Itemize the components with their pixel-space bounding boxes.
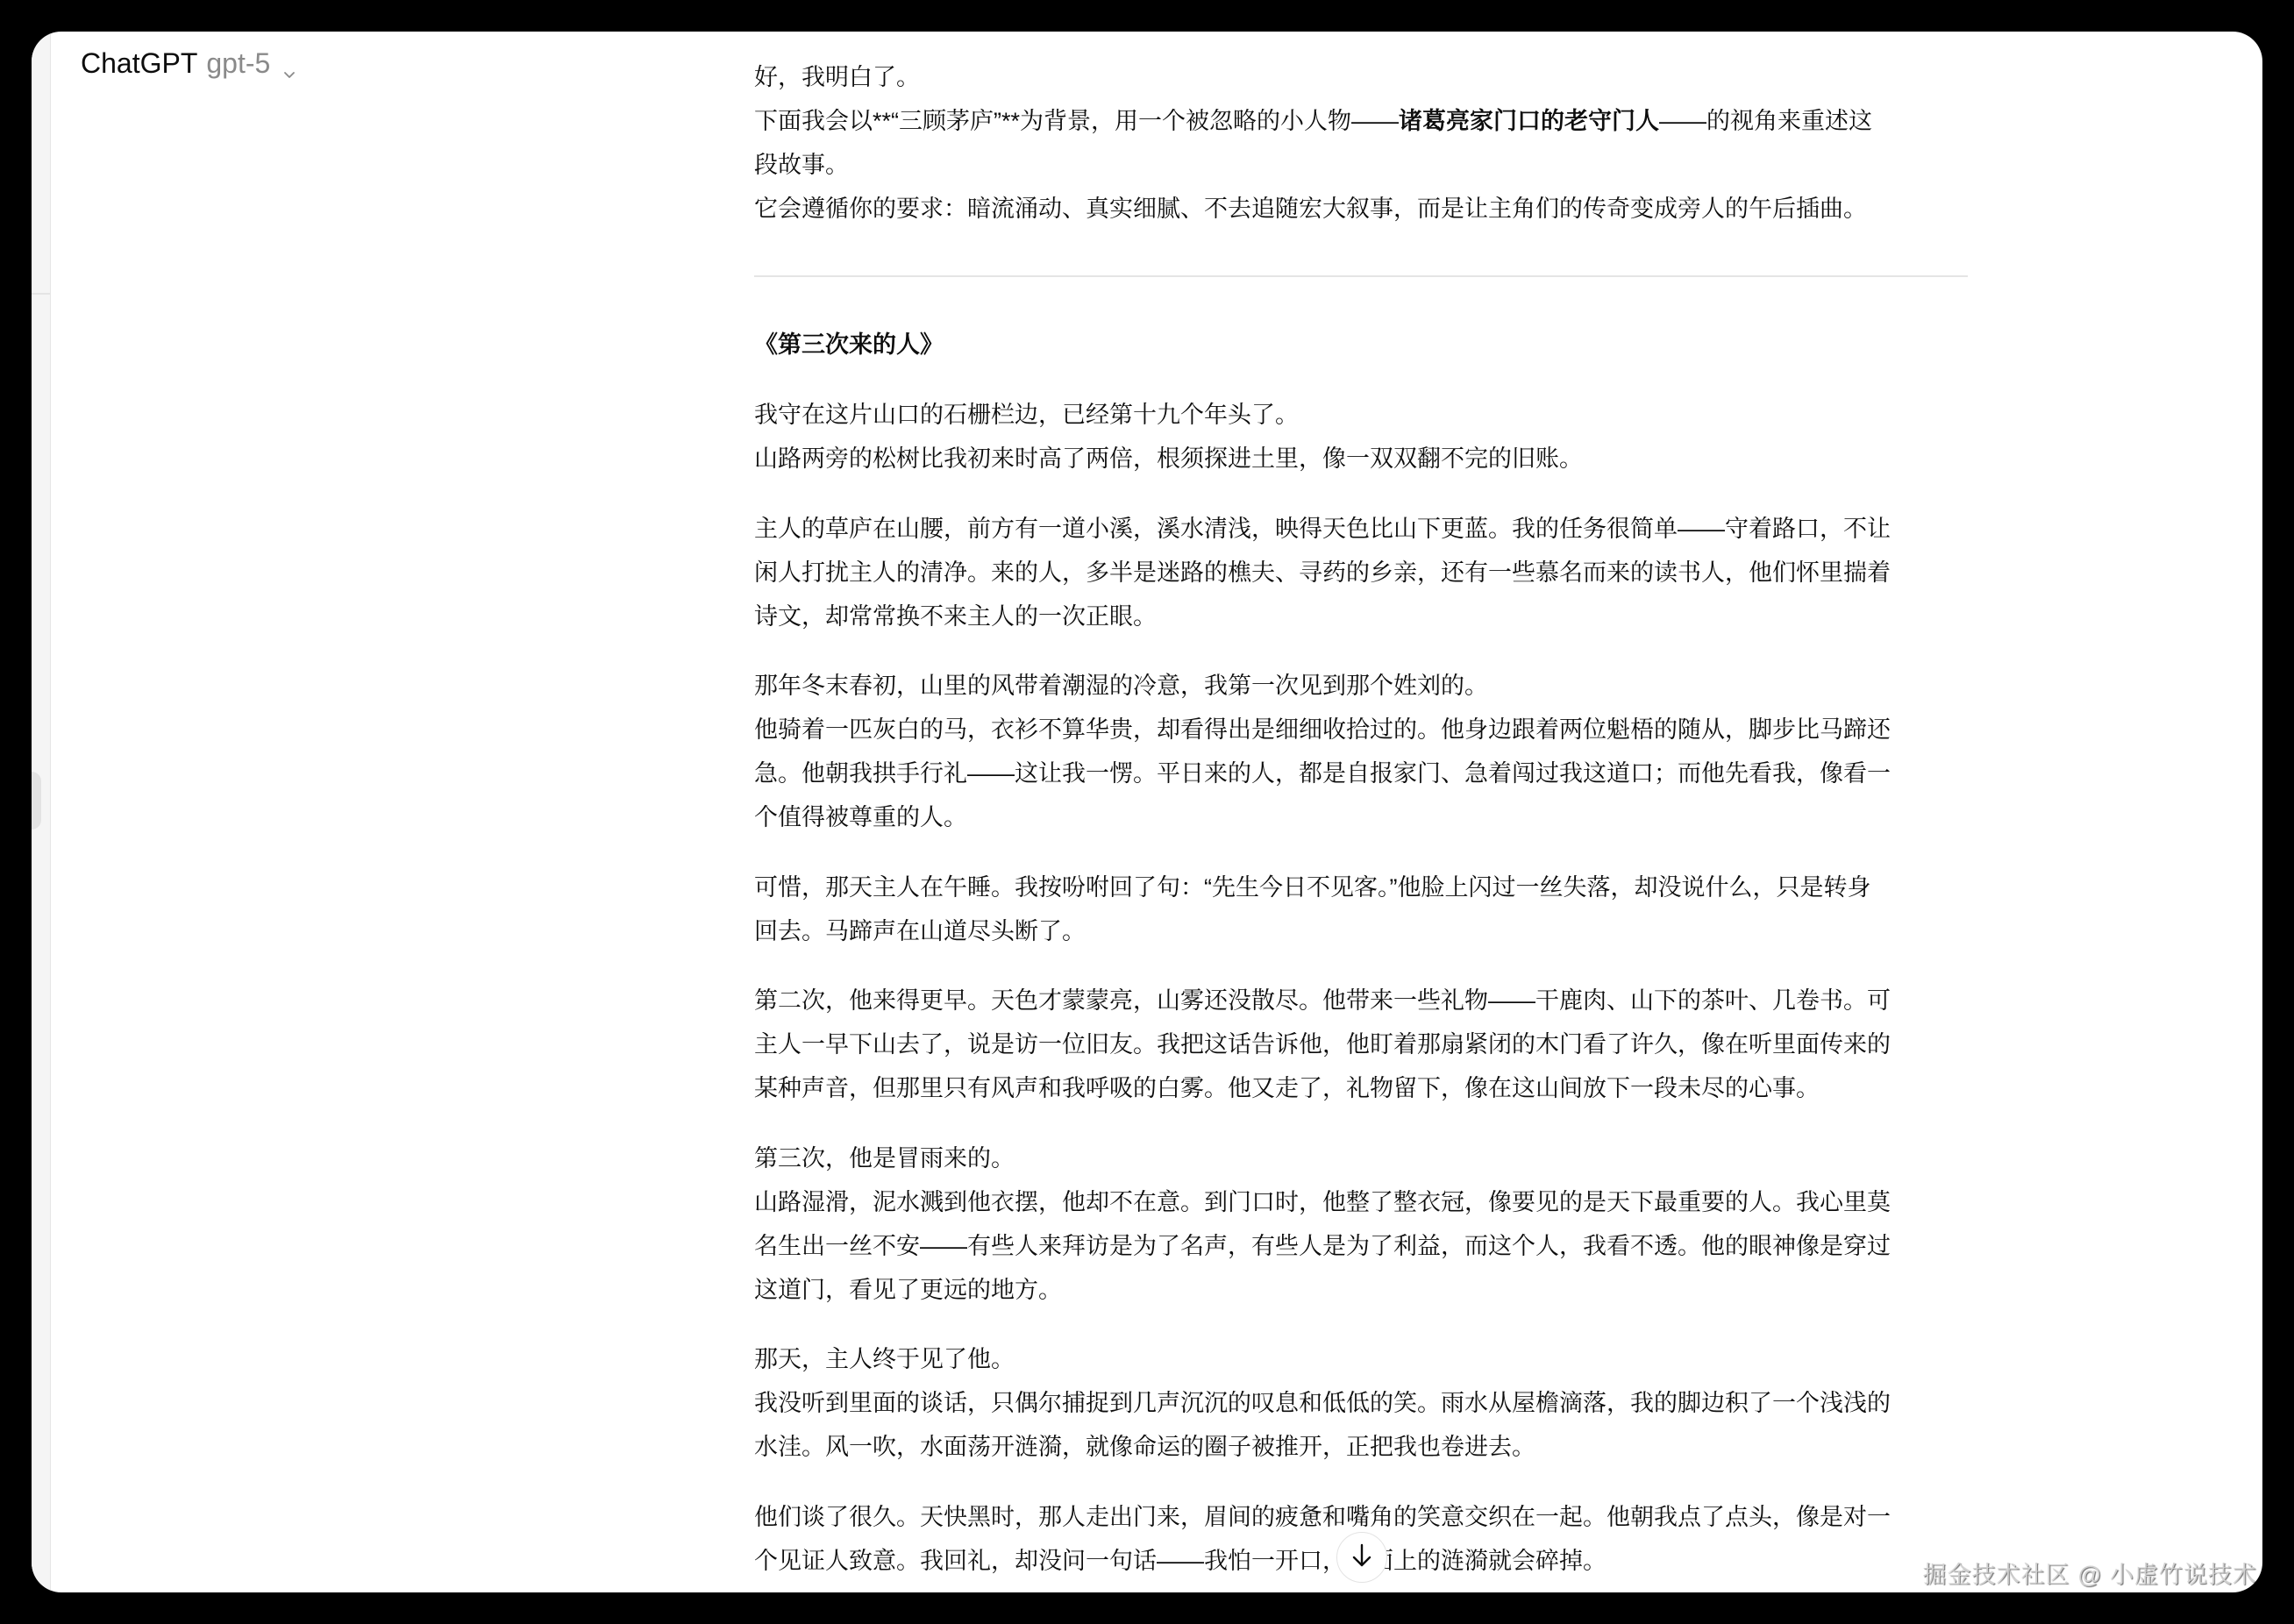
- sidebar-divider: [32, 293, 50, 295]
- text-line: 个值得被尊重的人。: [754, 795, 1968, 839]
- bold-text: 诸葛亮家门口的老守门人: [1399, 108, 1659, 134]
- model-name: gpt-5: [206, 47, 270, 80]
- intro-paragraph: 好，我明白了。 下面我会以**“三顾茅庐”**为背景，用一个被忽略的小人物——诸…: [754, 55, 1968, 231]
- text-line: 闲人打扰主人的清净。来的人，多半是迷路的樵夫、寻药的乡亲，还有一些慕名而来的读书…: [754, 551, 1968, 595]
- text-line: 急。他朝我拱手行礼——这让我一愣。平日来的人，都是自报家门、急着闯过我这道口；而…: [754, 751, 1968, 795]
- text-span: ——的视角来重述这: [1659, 108, 1872, 134]
- sidebar-resize-handle[interactable]: [32, 772, 41, 830]
- text-line: 它会遵循你的要求：暗流涌动、真实细腻、不去追随宏大叙事，而是让主角们的传奇变成旁…: [754, 187, 1968, 231]
- text-line: 回去。马蹄声在山道尽头断了。: [754, 909, 1968, 953]
- story-paragraph: 可惜，那天主人在午睡。我按吩咐回了句：“先生今日不见客。”他脸上闪过一丝失落，却…: [754, 865, 1968, 953]
- model-selector[interactable]: ChatGPT gpt-5: [81, 44, 296, 82]
- horizontal-divider: [754, 275, 1968, 277]
- chat-window: ChatGPT gpt-5 好，我明白了。 下面我会以**“三顾茅庐”**为背景…: [32, 32, 2262, 1592]
- text-line: 可惜，那天主人在午睡。我按吩咐回了句：“先生今日不见客。”他脸上闪过一丝失落，却…: [754, 865, 1968, 909]
- app-title: ChatGPT: [81, 47, 197, 80]
- text-line: 段故事。: [754, 143, 1968, 187]
- text-line: 我没听到里面的谈话，只偶尔捕捉到几声沉沉的叹息和低低的笑。雨水从屋檐滴落，我的脚…: [754, 1381, 1968, 1425]
- watermark: 掘金技术社区 @ 小虚竹说技术: [1923, 1556, 2257, 1590]
- assistant-message: 好，我明白了。 下面我会以**“三顾茅庐”**为背景，用一个被忽略的小人物——诸…: [754, 55, 1968, 1583]
- story-paragraph: 主人的草庐在山腰，前方有一道小溪，溪水清浅，映得天色比山下更蓝。我的任务很简单—…: [754, 507, 1968, 638]
- story-paragraph: 第三次，他是冒雨来的。 山路湿滑，泥水溅到他衣摆，他却不在意。到门口时，他整了整…: [754, 1136, 1968, 1312]
- story-paragraph: 那天，主人终于见了他。 我没听到里面的谈话，只偶尔捕捉到几声沉沉的叹息和低低的笑…: [754, 1337, 1968, 1469]
- text-line: 好，我明白了。: [754, 55, 1968, 99]
- text-line: 那天，主人终于见了他。: [754, 1337, 1968, 1381]
- text-line: 某种声音，但那里只有风声和我呼吸的白雾。他又走了，礼物留下，像在这山间放下一段未…: [754, 1066, 1968, 1110]
- text-line: 他骑着一匹灰白的马，衣衫不算华贵，却看得出是细细收拾过的。他身边跟着两位魁梧的随…: [754, 708, 1968, 751]
- text-line: 诗文，却常常换不来主人的一次正眼。: [754, 595, 1968, 638]
- story-paragraph: 第二次，他来得更早。天色才蒙蒙亮，山雾还没散尽。他带来一些礼物——干鹿肉、山下的…: [754, 979, 1968, 1110]
- text-line: 主人一早下山去了，说是访一位旧友。我把这话告诉他，他盯着那扇紧闭的木门看了许久，…: [754, 1022, 1968, 1066]
- chevron-down-icon: [282, 56, 296, 70]
- text-line: 这道门，看见了更远的地方。: [754, 1268, 1968, 1312]
- text-line: 第三次，他是冒雨来的。: [754, 1136, 1968, 1180]
- text-span: 下面我会以**“三顾茅庐”**为背景，用一个被忽略的小人物——: [754, 108, 1399, 134]
- story-paragraph: 我守在这片山口的石栅栏边，已经第十九个年头了。 山路两旁的松树比我初来时高了两倍…: [754, 393, 1968, 481]
- text-line: 山路两旁的松树比我初来时高了两倍，根须探进土里，像一双双翻不完的旧账。: [754, 437, 1968, 481]
- text-line: 山路湿滑，泥水溅到他衣摆，他却不在意。到门口时，他整了整衣冠，像要见的是天下最重…: [754, 1180, 1968, 1224]
- text-line: 名生出一丝不安——有些人来拜访是为了名声，有些人是为了利益，而这个人，我看不透。…: [754, 1224, 1968, 1268]
- text-line: 水洼。风一吹，水面荡开涟漪，就像命运的圈子被推开，正把我也卷进去。: [754, 1425, 1968, 1469]
- text-line: 我守在这片山口的石栅栏边，已经第十九个年头了。: [754, 393, 1968, 437]
- story-paragraph: 那年冬末春初，山里的风带着潮湿的冷意，我第一次见到那个姓刘的。 他骑着一匹灰白的…: [754, 664, 1968, 839]
- text-line: 主人的草庐在山腰，前方有一道小溪，溪水清浅，映得天色比山下更蓝。我的任务很简单—…: [754, 507, 1968, 551]
- scroll-to-bottom-button[interactable]: [1336, 1532, 1387, 1583]
- text-line: 第二次，他来得更早。天色才蒙蒙亮，山雾还没散尽。他带来一些礼物——干鹿肉、山下的…: [754, 979, 1968, 1022]
- story-title: 《第三次来的人》: [754, 323, 1968, 367]
- text-line: 那年冬末春初，山里的风带着潮湿的冷意，我第一次见到那个姓刘的。: [754, 664, 1968, 708]
- text-line: 下面我会以**“三顾茅庐”**为背景，用一个被忽略的小人物——诸葛亮家门口的老守…: [754, 99, 1968, 143]
- collapsed-sidebar[interactable]: [32, 32, 51, 1592]
- arrow-down-icon: [1350, 1542, 1373, 1573]
